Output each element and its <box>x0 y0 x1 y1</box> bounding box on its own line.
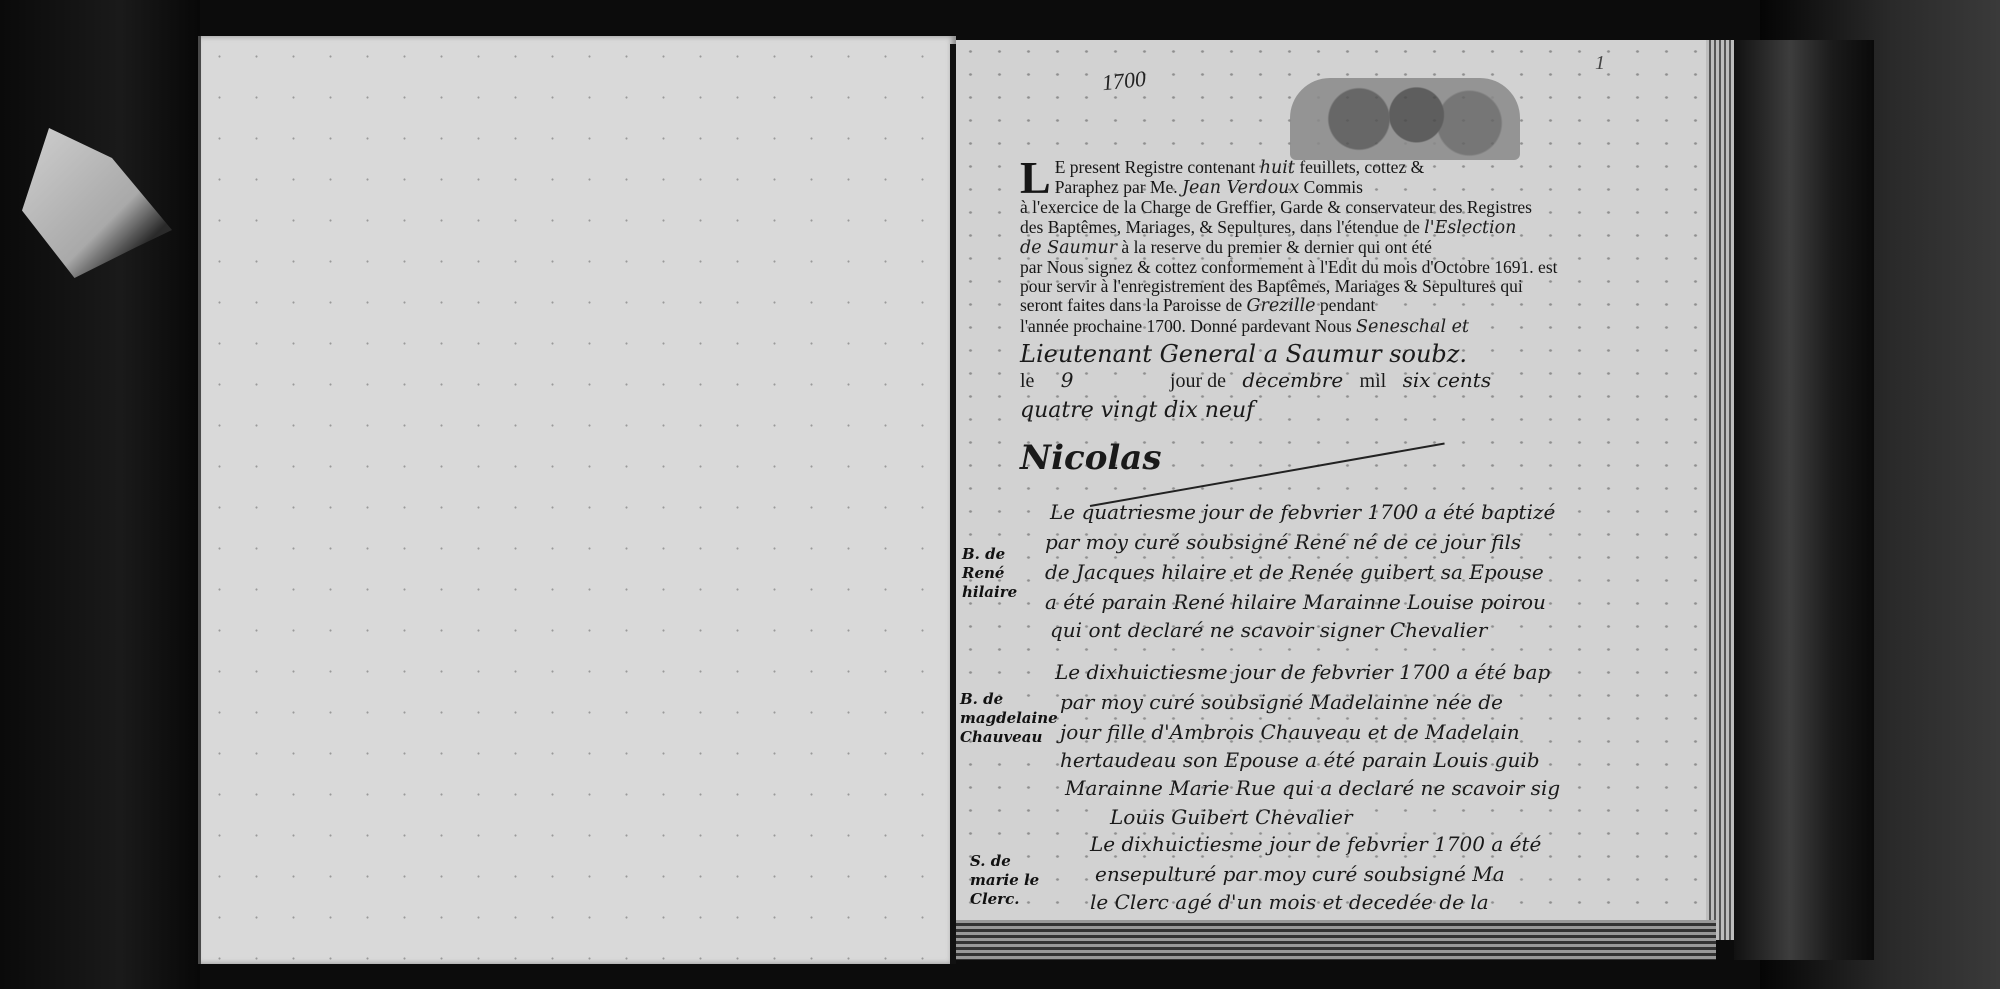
preamble-text: à l'exercice de la Charge de Greffier, G… <box>1020 197 1532 217</box>
handwritten-fill: de Saumur <box>1020 238 1117 258</box>
entry-line: Le dixhuictiesme jour de febvrier 1700 a… <box>1055 660 1550 684</box>
entry-line: ensepulturé par moy curé soubsigné Ma <box>1095 862 1505 886</box>
left-page-blank <box>198 36 956 964</box>
handwritten-fill: huit <box>1260 158 1295 178</box>
handwritten-fill: l'Eslection <box>1424 218 1516 238</box>
entry-line: hertaudeau son Epouse a été parain Louis… <box>1060 748 1540 772</box>
entry-line: jour fille d'Ambrois Chauveau et de Made… <box>1060 720 1520 744</box>
preamble-text: seront faites dans la Paroisse de <box>1020 295 1242 315</box>
entry-line: par moy curé soubsigné Madelainne née de <box>1060 690 1503 714</box>
preamble-text: Paraphez par Me. <box>1055 177 1178 197</box>
margin-note: B. de René hilaire <box>962 545 1032 602</box>
printed-jour-de: jour de <box>1170 370 1226 392</box>
entry-line: par moy curé soubsigné René né de ce jou… <box>1045 530 1521 554</box>
margin-note: B. de magdelaine Chauveau <box>960 690 1060 747</box>
binding-edge <box>1734 40 1874 960</box>
tax-stamp-icon <box>1290 78 1520 160</box>
signature: Nicolas <box>1020 438 1161 478</box>
preamble-text: l'année prochaine 1700. Donné pardevant … <box>1020 316 1352 336</box>
handwritten-fill: Seneschal et <box>1356 317 1469 337</box>
printed-mil: mil <box>1360 370 1387 392</box>
printed-le: le <box>1020 370 1034 392</box>
dropcap: L <box>1020 158 1051 198</box>
printed-preamble: L E present Registre contenant huit feui… <box>1020 158 1640 337</box>
month: decembre <box>1242 368 1343 392</box>
closing-line: quatre vingt dix neuf <box>1020 398 1254 423</box>
handwritten-fill: Jean Verdoux <box>1182 178 1299 198</box>
margin-note: S. de marie le Clerc. <box>970 852 1060 909</box>
year-words: six cents <box>1403 368 1492 392</box>
handwritten-fill: Grezille <box>1246 296 1315 316</box>
preamble-text: à la reserve du premier & dernier qui on… <box>1121 237 1432 257</box>
entry-line: Louis Guibert Chevalier <box>1110 805 1353 829</box>
preamble-text: des Baptêmes, Mariages, & Sepultures, da… <box>1020 217 1420 237</box>
preamble-text: pendant <box>1320 295 1375 315</box>
entry-line: Le dixhuictiesme jour de febvrier 1700 a… <box>1090 832 1541 856</box>
entry-line: Marainne Marie Rue qui a declaré ne scav… <box>1065 776 1560 800</box>
page-edges <box>1706 40 1734 940</box>
entry-line: Le quatriesme jour de febvrier 1700 a ét… <box>1050 500 1555 524</box>
preamble-text: E present Registre contenant <box>1055 157 1256 177</box>
bottom-page-edges <box>956 920 1716 960</box>
entry-line: le Clerc agé d'un mois et decedée de la <box>1090 890 1489 914</box>
dark-background-left <box>0 0 200 989</box>
folio-number: 1 <box>1595 52 1605 75</box>
preamble-text: Commis <box>1304 177 1363 197</box>
day: 9 <box>1061 368 1074 392</box>
entry-line: qui ont declaré ne scavoir signer Cheval… <box>1050 618 1487 642</box>
preamble-text: pour servir à l'enregistrement des Baptê… <box>1020 276 1523 296</box>
entry-line: a été parain René hilaire Marainne Louis… <box>1045 590 1546 614</box>
preamble-text: feuillets, cottez & <box>1299 157 1424 177</box>
closing-date-line: le 9 jour de decembre mil six cents <box>1020 368 1491 393</box>
closing-line: Lieutenant General a Saumur soubz. <box>1020 340 1467 368</box>
entry-line: de Jacques hilaire et de Renée guibert s… <box>1045 560 1544 584</box>
year-note: 1700 <box>1101 66 1147 96</box>
preamble-text: par Nous signez & cottez conformement à … <box>1020 257 1558 277</box>
